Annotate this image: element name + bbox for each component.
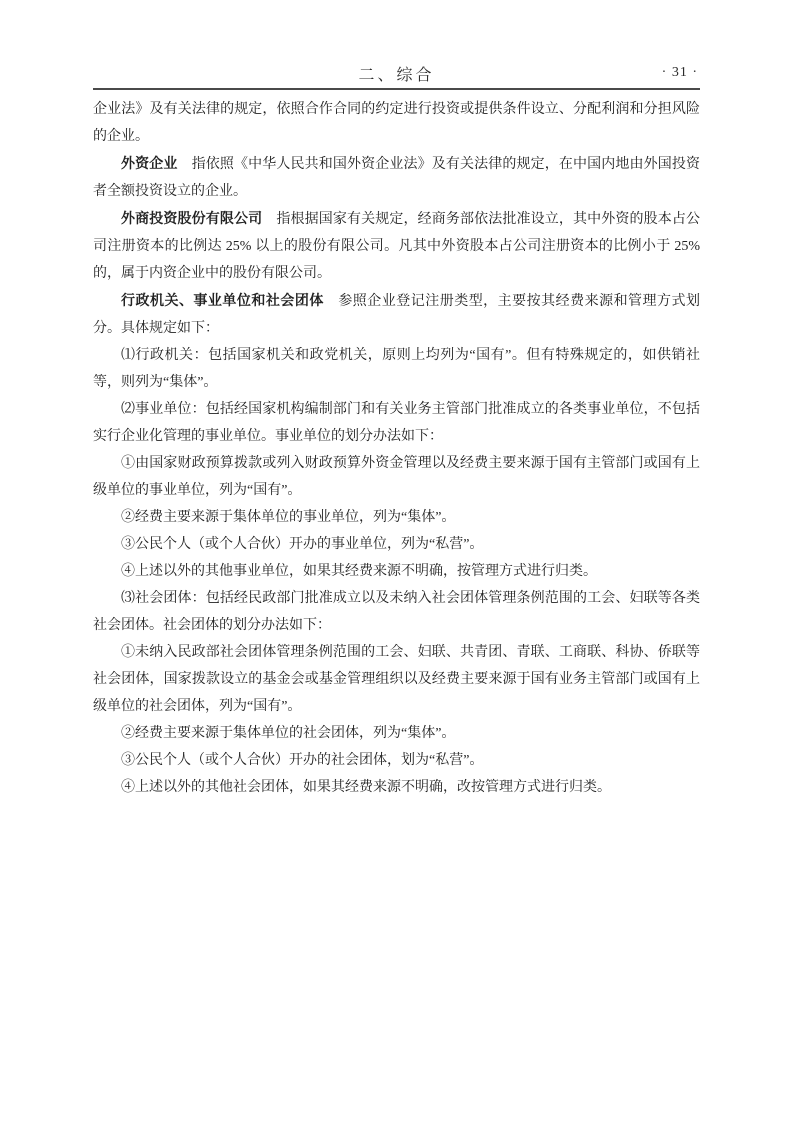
paragraph-list-item: ④上述以外的其他事业单位，如果其经费来源不明确，按管理方式进行归类。 [93,558,700,585]
paragraph-text: ①由国家财政预算拨款或列入财政预算外资金管理以及经费主要来源于国有主管部门或国有… [93,456,700,498]
paragraph-text: ②经费主要来源于集体单位的社会团体，列为“集体”。 [121,726,455,741]
paragraph-list-item: ⑴行政机关：包括国家机关和政党机关，原则上均列为“国有”。但有特殊规定的，如供销… [93,342,700,396]
paragraph-list-item: ③公民个人（或个人合伙）开办的事业单位，列为“私营”。 [93,531,700,558]
paragraph-text: 指依照《中华人民共和国外资企业法》及有关法律的规定，在中国内地由外国投资者全额投… [93,157,700,199]
term-label: 外资企业 [121,155,178,171]
header-rule [93,88,700,90]
paragraph-list-item: ⑵事业单位：包括经国家机构编制部门和有关业务主管部门批准成立的各类事业单位，不包… [93,396,700,450]
paragraph-list-item: ③公民个人（或个人合伙）开办的社会团体，划为“私营”。 [93,747,700,774]
paragraph-list-item: ②经费主要来源于集体单位的事业单位，列为“集体”。 [93,504,700,531]
paragraph-list-item: ②经费主要来源于集体单位的社会团体，列为“集体”。 [93,720,700,747]
paragraph-text: ④上述以外的其他事业单位，如果其经费来源不明确，按管理方式进行归类。 [121,564,597,579]
term-label: 行政机关、事业单位和社会团体 [121,292,324,308]
paragraph-list-item: ①未纳入民政部社会团体管理条例范围的工会、妇联、共青团、青联、工商联、科协、侨联… [93,639,700,720]
section-title: 二、综合 [93,62,700,85]
term-label: 外商投资股份有限公司 [121,210,262,226]
paragraph-text: ⑶社会团体：包括经民政部门批准成立以及未纳入社会团体管理条例范围的工会、妇联等各… [93,591,700,633]
paragraph-text: ⑵事业单位：包括经国家机构编制部门和有关业务主管部门批准成立的各类事业单位，不包… [93,402,700,444]
paragraph-text: 企业法》及有关法律的规定，依照合作合同的约定进行投资或提供条件设立、分配利润和分… [93,102,700,144]
paragraph-text: ④上述以外的其他社会团体，如果其经费来源不明确，改按管理方式进行归类。 [121,780,611,795]
paragraph-list-item: ⑶社会团体：包括经民政部门批准成立以及未纳入社会团体管理条例范围的工会、妇联等各… [93,585,700,639]
paragraph-text: ③公民个人（或个人合伙）开办的事业单位，列为“私营”。 [121,537,483,552]
paragraph-text: ③公民个人（或个人合伙）开办的社会团体，划为“私营”。 [121,753,483,768]
paragraph-text: ②经费主要来源于集体单位的事业单位，列为“集体”。 [121,510,455,525]
page-body: 企业法》及有关法律的规定，依照合作合同的约定进行投资或提供条件设立、分配利润和分… [93,96,700,801]
paragraph-text: ①未纳入民政部社会团体管理条例范围的工会、妇联、共青团、青联、工商联、科协、侨联… [93,645,700,714]
paragraph-term-definition: 外资企业 指依照《中华人民共和国外资企业法》及有关法律的规定，在中国内地由外国投… [93,150,700,205]
document-page: 二、综合 · 31 · 企业法》及有关法律的规定，依照合作合同的约定进行投资或提… [0,0,793,1122]
paragraph-term-definition: 行政机关、事业单位和社会团体 参照企业登记注册类型，主要按其经费来源和管理方式划… [93,287,700,342]
paragraph-list-item: ①由国家财政预算拨款或列入财政预算外资金管理以及经费主要来源于国有主管部门或国有… [93,450,700,504]
paragraph-text: ⑴行政机关：包括国家机关和政党机关，原则上均列为“国有”。但有特殊规定的，如供销… [93,348,700,390]
paragraph-list-item: ④上述以外的其他社会团体，如果其经费来源不明确，改按管理方式进行归类。 [93,774,700,801]
page-header: 二、综合 · 31 · [93,62,700,86]
page-number: · 31 · [662,65,698,81]
paragraph-continuation: 企业法》及有关法律的规定，依照合作合同的约定进行投资或提供条件设立、分配利润和分… [93,96,700,150]
paragraph-term-definition: 外商投资股份有限公司 指根据国家有关规定，经商务部依法批准设立，其中外资的股本占… [93,205,700,287]
